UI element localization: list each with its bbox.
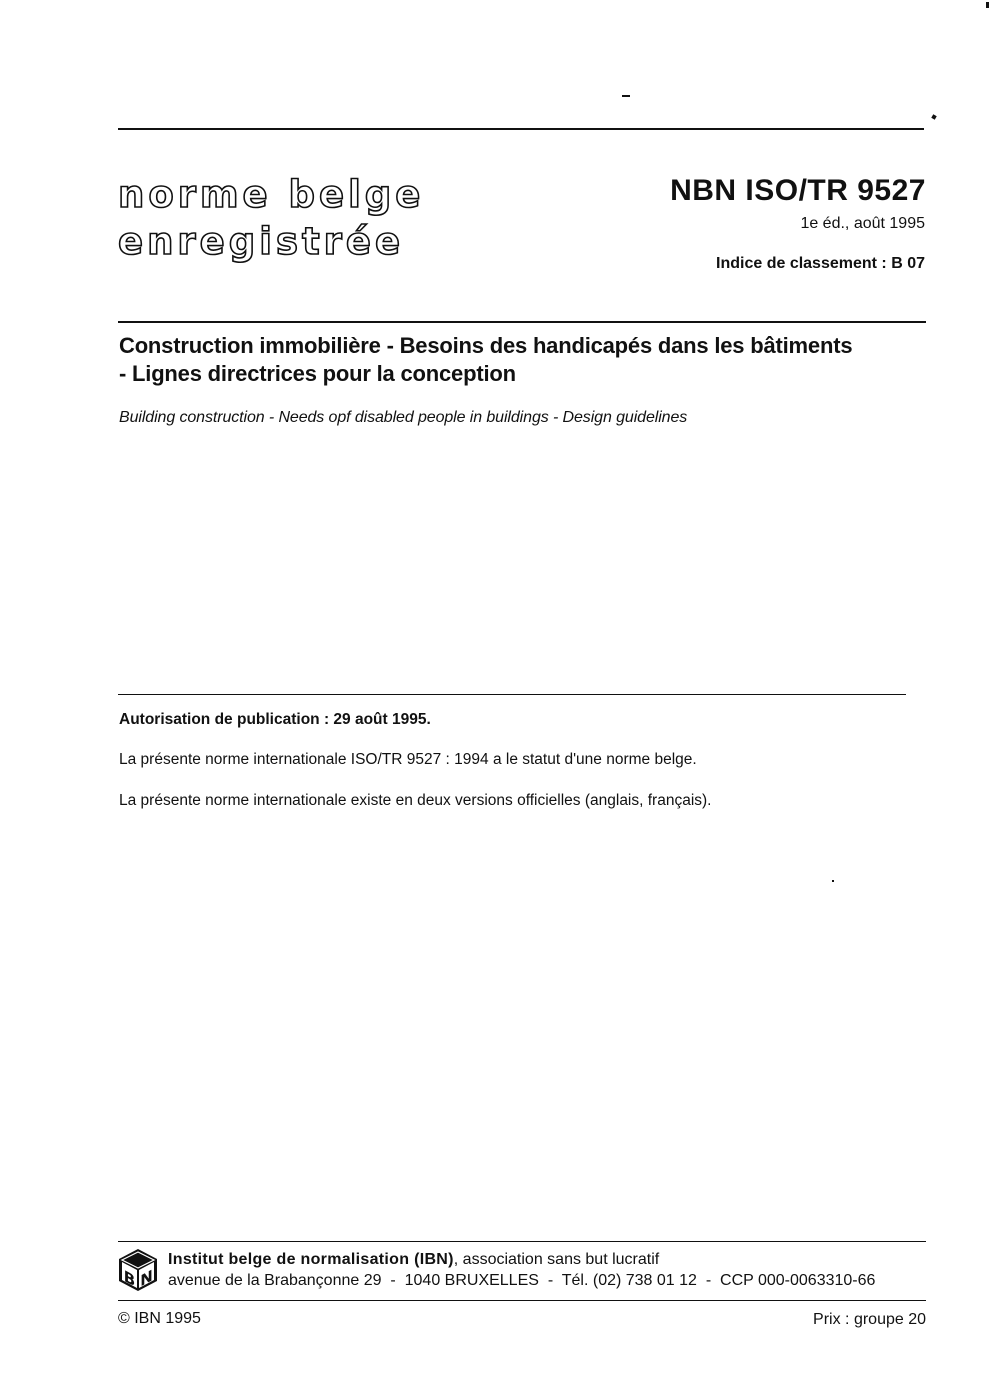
edition-date: 1e éd., août 1995 [800, 215, 925, 233]
footer-top-divider [118, 1241, 926, 1242]
publication-authorization: Autorisation de publication : 29 août 19… [119, 711, 431, 729]
versions-statement: La présente norme internationale existe … [119, 792, 711, 810]
footer-bottom-divider [118, 1300, 926, 1301]
title-divider [118, 321, 926, 323]
english-title: Building construction - Needs opf disabl… [119, 409, 687, 427]
institute-suffix: , association sans but lucratif [454, 1251, 659, 1268]
registered-standard-label: norme belge enregistrée [118, 176, 424, 260]
status-statement: La présente norme internationale ISO/TR … [119, 751, 697, 769]
ibn-cube-logo-icon: B N [117, 1248, 159, 1292]
price-group: Prix : groupe 20 [813, 1311, 926, 1329]
standard-number: NBN ISO/TR 9527 [670, 174, 926, 208]
ibn-logo: B N [117, 1248, 159, 1292]
scan-speck [986, 2, 989, 8]
top-divider [118, 128, 924, 130]
scan-speck [931, 114, 936, 119]
classification-index: Indice de classement : B 07 [716, 255, 925, 273]
french-title-line2: - Lignes directrices pour la conception [119, 360, 939, 388]
french-title-line1: Construction immobilière - Besoins des h… [119, 332, 939, 360]
institute-line: Institut belge de normalisation (IBN), a… [168, 1251, 659, 1269]
scan-speck [622, 95, 630, 97]
registered-label-line2: enregistrée [118, 223, 424, 260]
publication-divider [118, 694, 906, 695]
institute-name: Institut belge de normalisation (IBN) [168, 1251, 454, 1268]
scan-speck [832, 880, 834, 882]
registered-label-line1: norme belge [118, 176, 424, 213]
copyright: © IBN 1995 [118, 1310, 201, 1328]
french-title: Construction immobilière - Besoins des h… [119, 332, 939, 388]
institute-address: avenue de la Brabançonne 29 - 1040 BRUXE… [168, 1272, 875, 1290]
